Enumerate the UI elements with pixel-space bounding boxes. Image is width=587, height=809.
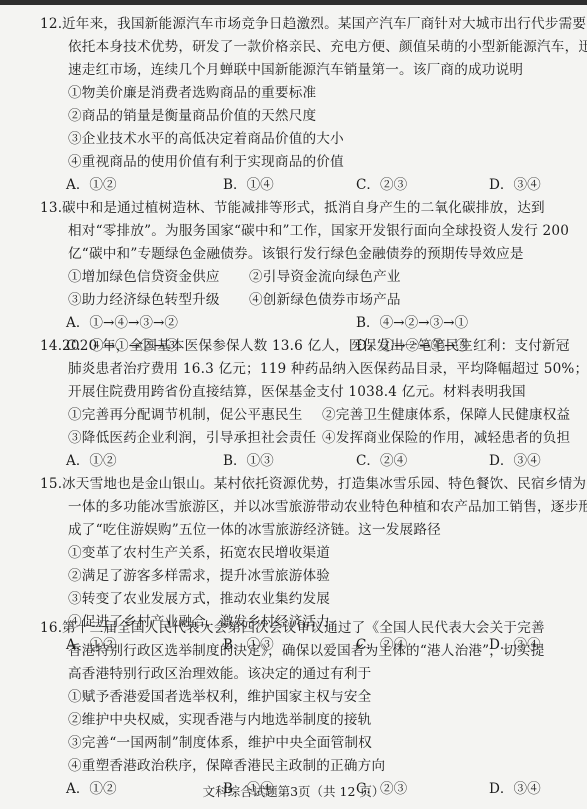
statement-3: ③完善“一国两制”制度体系，维护中央全面管制权 — [68, 735, 372, 751]
statement-1: ①增加绿色信贷资金供应 — [68, 269, 220, 285]
question-stem-line: 冰天雪地也是金山银山。某村依托资源优势，打造集冰雪乐园、特色餐饮、民宿乡情为 — [62, 476, 586, 492]
option-b[interactable]: B．④→②→③→① — [356, 315, 468, 331]
page-footer: 文科综合试题第3页（共 12 页） — [0, 785, 587, 799]
question-stem-line: 第十三届全国人民代表大会第四次会议审议通过了《全国人民代表大会关于完善 — [62, 620, 545, 636]
statement-3: ③助力经济绿色转型升级 — [68, 292, 220, 308]
option-c[interactable]: C．②③ — [356, 177, 407, 193]
option-d[interactable]: D．③④ — [489, 177, 541, 193]
question-stem-line: 依托本身技术优势，研发了一款价格亲民、充电方便、颜值呆萌的小型新能源汽车，迅 — [68, 39, 587, 55]
question-number: 14. — [40, 338, 62, 354]
statement-2: ②完善卫生健康体系，保障人民健康权益 — [322, 407, 570, 423]
question-stem-line: 开展住院费用跨省份直接结算，医保基金支付 1038.4 亿元。材料表明我国 — [68, 384, 526, 400]
statement-4: ④重视商品的使用价值有利于实现商品的价值 — [68, 154, 344, 170]
exam-page: 12. 近年来，我国新能源汽车市场竞争日趋激烈。某国产汽车厂商针对大城市出行代步… — [0, 5, 587, 809]
question-stem-line: 相对“零排放”。为服务国家“碳中和”工作，国家开发银行面向全球投资人发行 200 — [68, 223, 569, 239]
option-a[interactable]: A．①→④→③→② — [66, 315, 178, 331]
statement-2: ②引导资金流向绿色产业 — [249, 269, 401, 285]
question-stem-line: 碳中和是通过植树造林、节能减排等形式，抵消自身产生的二氧化碳排放，达到 — [62, 200, 545, 216]
question-stem-line: 一体的多功能冰雪旅游区，并以冰雪旅游带动农业特色种植和农产品加工销售，逐步形 — [68, 499, 587, 515]
statement-1: ①变革了农村生产关系，拓宽农民增收渠道 — [68, 545, 330, 561]
statement-4: ④创新绿色债券市场产品 — [249, 292, 401, 308]
statement-1: ①赋予香港爱国者选举权利，维护国家主权与安全 — [68, 689, 371, 705]
question-stem-line: 香港特别行政区选举制度的决定》，确保以爱国者为主体的“港人治港”，切实提 — [68, 643, 544, 659]
question-stem-line: 2020 年，全国基本医保参保人数 13.6 亿人，医保发出一笔笔民生红利：支付… — [62, 338, 570, 354]
statement-2: ②维护中央权威，实现香港与内地选举制度的接轨 — [68, 712, 371, 728]
statement-2: ②商品的销量是衡量商品价值的天然尺度 — [68, 108, 316, 124]
option-a[interactable]: A．①② — [66, 453, 117, 469]
question-stem-line: 亿“碳中和”专题绿色金融债券。该银行发行绿色金融债券的预期传导效应是 — [68, 246, 524, 262]
statement-4: ④重塑香港政治秩序，保障香港民主政制的正确方向 — [68, 758, 385, 774]
question-stem-line: 近年来，我国新能源汽车市场竞争日趋激烈。某国产汽车厂商针对大城市出行代步需要， — [62, 16, 587, 32]
question-number: 15. — [40, 476, 62, 492]
question-stem-line: 高香港特别行政区治理效能。该决定的通过有利于 — [68, 666, 371, 682]
statement-3: ③降低医药企业利润，引导承担社会责任 — [68, 430, 316, 446]
question-number: 16. — [40, 620, 62, 636]
question-stem-line: 速走红市场，连续几个月蝉联中国新能源汽车销量第一。该厂商的成功说明 — [68, 62, 523, 78]
option-c[interactable]: C．②④ — [356, 453, 407, 469]
statement-2: ②满足了游客多样需求，提升冰雪旅游体验 — [68, 568, 330, 584]
question-number: 12. — [40, 16, 62, 32]
statement-3: ③转变了农业发展方式，推动农业集约发展 — [68, 591, 330, 607]
option-a[interactable]: A．①② — [66, 177, 117, 193]
option-b[interactable]: B．①④ — [223, 177, 274, 193]
option-b[interactable]: B．①③ — [223, 453, 274, 469]
statement-1: ①物美价廉是消费者选购商品的重要标准 — [68, 85, 316, 101]
statement-3: ③企业技术水平的高低决定着商品价值的大小 — [68, 131, 344, 147]
statement-4: ④发挥商业保险的作用，减轻患者的负担 — [322, 430, 570, 446]
question-number: 13. — [40, 200, 62, 216]
question-stem-line: 成了“吃住游娱购”五位一体的冰雪旅游经济链。这一发展路径 — [68, 522, 441, 538]
statement-1: ①完善再分配调节机制，促公平惠民生 — [68, 407, 303, 423]
option-d[interactable]: D．③④ — [489, 453, 541, 469]
question-stem-line: 肺炎患者治疗费用 16.3 亿元；119 种药品纳入医保药品目录，平均降幅超过 … — [68, 361, 587, 377]
